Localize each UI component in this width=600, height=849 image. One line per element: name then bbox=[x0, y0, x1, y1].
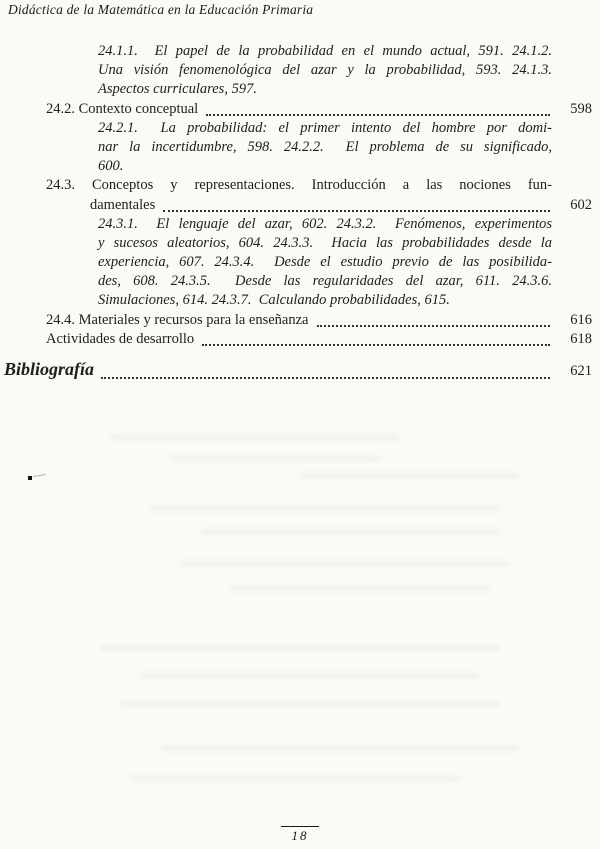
toc-line: 24.4. Materiales y recursos para la ense… bbox=[46, 311, 592, 330]
toc-page-number: 598 bbox=[552, 100, 592, 119]
footer-rule bbox=[281, 826, 319, 827]
toc-line: y sucesos aleatorios, 604. 24.3.3. Hacia… bbox=[46, 234, 552, 253]
dot-leader bbox=[317, 325, 551, 327]
bleedthrough-artifact bbox=[150, 505, 500, 512]
toc-line-text: y sucesos aleatorios, 604. 24.3.3. Hacia… bbox=[98, 235, 552, 251]
toc-line: 24.2. Contexto conceptual 598 bbox=[46, 100, 592, 119]
toc-line-text: Simulaciones, 614. 24.3.7. Calculando pr… bbox=[98, 292, 450, 308]
toc-line: Aspectos curriculares, 597. bbox=[46, 80, 592, 99]
toc-line: Simulaciones, 614. 24.3.7. Calculando pr… bbox=[46, 291, 592, 310]
bibliography-row: Bibliografía 621 bbox=[4, 356, 592, 384]
bleedthrough-artifact bbox=[160, 745, 520, 752]
toc-line-text: 24.2. Contexto conceptual bbox=[46, 100, 198, 119]
toc-line: 24.2.1. La probabilidad: el primer inten… bbox=[46, 119, 552, 138]
toc-line: Una visión fenomenológica del azar y la … bbox=[46, 61, 552, 80]
toc-line-text: damentales bbox=[90, 196, 155, 215]
bleedthrough-artifact bbox=[120, 700, 500, 707]
toc-line-text: Una visión fenomenológica del azar y la … bbox=[98, 62, 552, 78]
toc-line-text: des, 608. 24.3.5. Desde las regularidade… bbox=[98, 273, 552, 289]
toc-line: damentales 602 bbox=[46, 196, 592, 215]
bibliography-page-number: 621 bbox=[552, 358, 592, 384]
toc-line: 24.3. Conceptos y representaciones. Intr… bbox=[46, 176, 552, 195]
dot-leader bbox=[163, 210, 550, 212]
bleedthrough-artifact bbox=[170, 455, 380, 462]
toc-line: nar la incertidumbre, 598. 24.2.2. El pr… bbox=[46, 138, 552, 157]
toc-line-text: 600. bbox=[98, 158, 123, 174]
table-of-contents: 24.1.1. El papel de la probabilidad en e… bbox=[46, 42, 592, 349]
bleedthrough-artifact bbox=[200, 528, 500, 535]
toc-line-text: Actividades de desarrollo bbox=[46, 330, 194, 349]
bleedthrough-artifact bbox=[140, 672, 480, 679]
bleedthrough-artifact bbox=[300, 472, 520, 479]
bleedthrough-artifact bbox=[180, 560, 510, 567]
toc-line: des, 608. 24.3.5. Desde las regularidade… bbox=[46, 272, 552, 291]
toc-line-text: experiencia, 607. 24.3.4. Desde el estud… bbox=[98, 254, 552, 270]
dot-leader bbox=[206, 114, 550, 116]
toc-line-text: 24.3.1. El lenguaje del azar, 602. 24.3.… bbox=[98, 216, 552, 232]
toc-line: experiencia, 607. 24.3.4. Desde el estud… bbox=[46, 253, 552, 272]
bleedthrough-artifact bbox=[110, 434, 400, 441]
toc-line: Actividades de desarrollo 618 bbox=[46, 330, 592, 349]
dot-leader bbox=[101, 377, 550, 379]
ink-blot-tail bbox=[33, 474, 46, 477]
toc-line-text: 24.2.1. La probabilidad: el primer inten… bbox=[98, 120, 552, 136]
toc-line: 24.1.1. El papel de la probabilidad en e… bbox=[46, 42, 552, 61]
bleedthrough-artifact bbox=[100, 645, 500, 652]
toc-page-number: 616 bbox=[552, 311, 592, 330]
bibliography-label: Bibliografía bbox=[4, 356, 94, 382]
footer-page-number: 18 bbox=[262, 828, 338, 844]
book-page: Didáctica de la Matemática en la Educaci… bbox=[0, 0, 600, 849]
toc-line: 600. bbox=[46, 157, 592, 176]
toc-line-text: 24.4. Materiales y recursos para la ense… bbox=[46, 311, 309, 330]
bleedthrough-artifact bbox=[230, 585, 490, 592]
toc-line-text: 24.3. Conceptos y representaciones. Intr… bbox=[46, 177, 552, 193]
toc-line-text: nar la incertidumbre, 598. 24.2.2. El pr… bbox=[98, 139, 552, 155]
toc-page-number: 618 bbox=[552, 330, 592, 349]
toc-page-number: 602 bbox=[552, 196, 592, 215]
footer: 18 bbox=[262, 826, 338, 844]
toc-line: 24.3.1. El lenguaje del azar, 602. 24.3.… bbox=[46, 215, 552, 234]
dot-leader bbox=[202, 344, 550, 346]
toc-line-text: Aspectos curriculares, 597. bbox=[98, 81, 257, 97]
toc-line-text: 24.1.1. El papel de la probabilidad en e… bbox=[98, 43, 552, 59]
ink-blot bbox=[28, 476, 32, 480]
running-header: Didáctica de la Matemática en la Educaci… bbox=[8, 2, 313, 18]
bleedthrough-artifact bbox=[130, 775, 460, 782]
